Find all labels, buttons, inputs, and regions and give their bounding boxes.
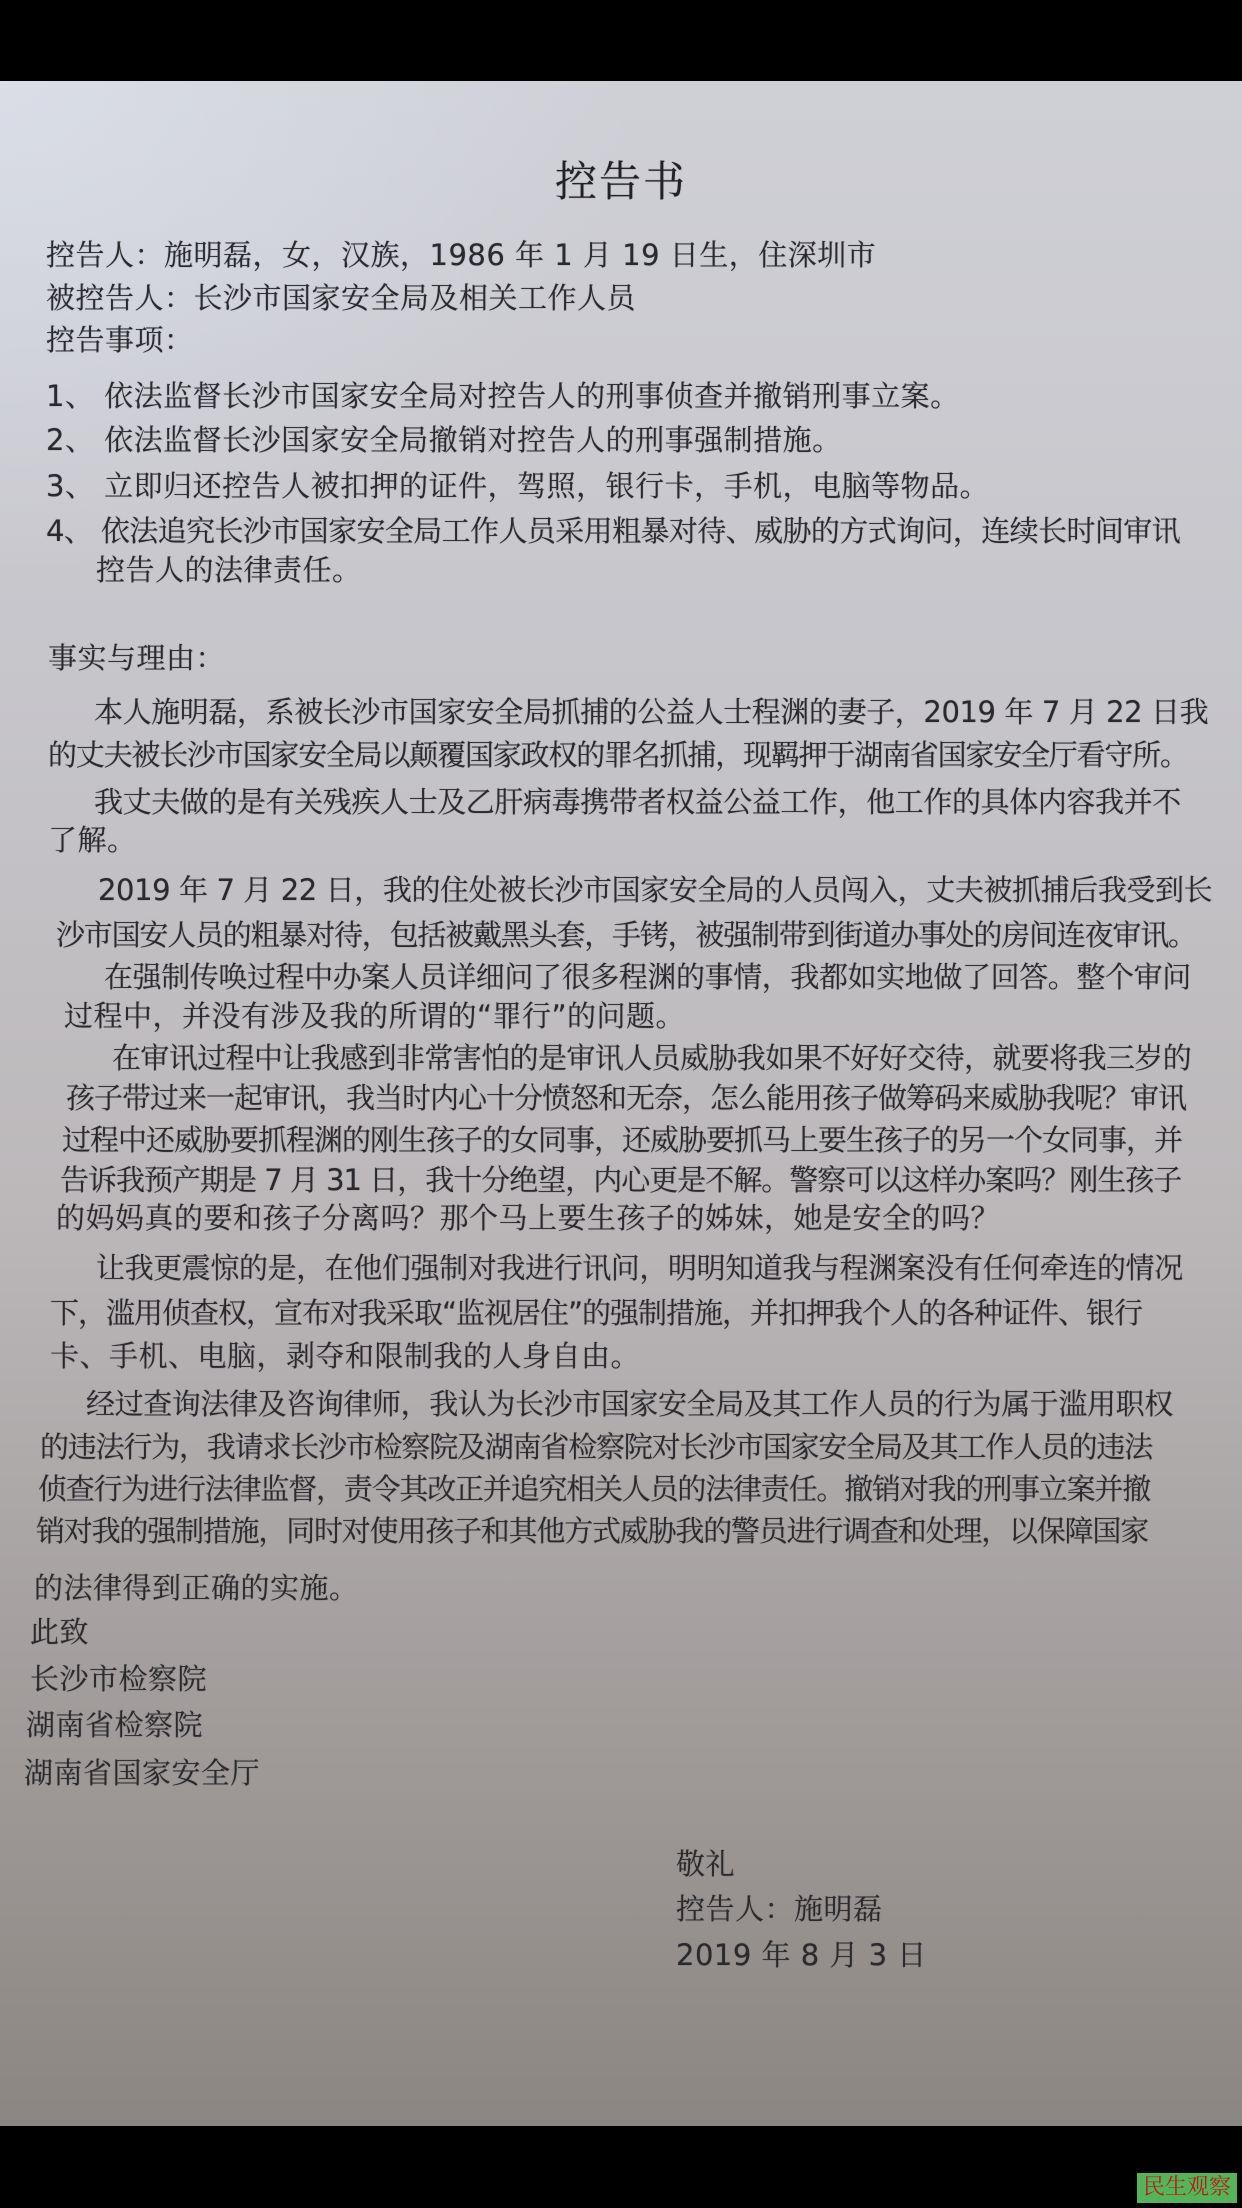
recipient: 湖南省检察院 (26, 1708, 203, 1742)
salutation: 此致 (30, 1615, 89, 1649)
recipient: 长沙市检察院 (30, 1662, 207, 1696)
signature: 控告人：施明磊 (676, 1892, 883, 1926)
facts-label: 事实与理由： (48, 641, 225, 675)
watermark-badge: 民生观察 (1137, 2173, 1237, 2203)
body-line: 的法律得到正确的实施。 (34, 1571, 359, 1605)
body-line: 卡、手机、电脑，剥夺和限制我的人身自由。 (50, 1339, 640, 1373)
respondent-line: 被控告人：长沙市国家安全局及相关工作人员 (46, 281, 636, 315)
body-line: 经过查询法律及咨询律师，我认为长沙市国家安全局及其工作人员的行为属于滥用职权 (86, 1387, 1173, 1421)
matter-item-continuation: 控告人的法律责任。 (96, 553, 362, 587)
matter-item: 4、 依法追究长沙市国家安全局工作人员采用粗暴对待、威胁的方式询问，连续长时间审… (46, 514, 1180, 548)
recipient: 湖南省国家安全厅 (24, 1756, 260, 1790)
body-line: 销对我的强制措施，同时对使用孩子和其他方式威胁我的警员进行调查和处理，以保障国家 (36, 1514, 1148, 1548)
body-line: 我丈夫做的是有关残疾人士及乙肝病毒携带者权益公益工作，他工作的具体内容我并不 (94, 785, 1181, 819)
top-black-bar (0, 0, 1242, 81)
matter-item: 1、 依法监督长沙市国家安全局对控告人的刑事侦查并撤销刑事立案。 (46, 379, 960, 413)
body-line: 在审讯过程中让我感到非常害怕的是审讯人员威胁我如果不好好交待，就要将我三岁的 (112, 1041, 1191, 1075)
complainant-line: 控告人：施明磊，女，汉族，1986 年 1 月 19 日生，住深圳市 (46, 238, 876, 272)
body-line: 侦查行为进行法律监督，责令其改正并追究相关人员的法律责任。撤销对我的刑事立案并撤 (38, 1472, 1150, 1506)
body-line: 告诉我预产期是 7 月 31 日，我十分绝望，内心更是不解。警察可以这样办案吗？… (60, 1163, 1181, 1197)
body-line: 过程中，并没有涉及我的所谓的“罪行”的问题。 (64, 999, 685, 1033)
body-line: 过程中还威胁要抓程渊的刚生孩子的女同事，还威胁要抓马上要生孩子的另一个女同事，并 (62, 1123, 1182, 1157)
bottom-black-bar (0, 2126, 1242, 2208)
body-line: 孩子带过来一起审讯，我当时内心十分愤怒和无奈，怎么能用孩子做筹码来威胁我呢？审讯 (66, 1081, 1186, 1115)
matter-item: 3、 立即归还控告人被扣押的证件，驾照，银行卡，手机，电脑等物品。 (46, 469, 989, 503)
body-line: 的违法行为，我请求长沙市检察院及湖南省检察院对长沙市国家安全局及其工作人员的违法 (40, 1430, 1152, 1464)
body-line: 本人施明磊，系被长沙市国家安全局抓捕的公益人士程渊的妻子，2019 年 7 月 … (94, 695, 1208, 729)
body-line: 的妈妈真的要和孩子分离吗？那个马上要生孩子的姊妹，她是安全的吗？ (56, 1201, 1000, 1235)
body-line: 了解。 (48, 823, 137, 857)
matter-item: 2、 依法监督长沙国家安全局撤销对控告人的刑事强制措施。 (46, 423, 842, 457)
matters-label: 控告事项： (46, 323, 194, 357)
body-line: 2019 年 7 月 22 日，我的住处被长沙市国家安全局的人员闯入，丈夫被抓捕… (98, 873, 1212, 907)
regards: 敬礼 (676, 1847, 735, 1881)
body-line: 让我更震惊的是，在他们强制对我进行讯问，明明知道我与程渊案没有任何牵连的情况 (96, 1251, 1183, 1285)
signature-date: 2019 年 8 月 3 日 (676, 1938, 927, 1972)
body-line: 沙市国安人员的粗暴对待，包括被戴黑头套，手铐，被强制带到街道办事处的房间连夜审讯… (56, 918, 1196, 952)
body-line: 下，滥用侦查权，宣布对我采取“监视居住”的强制措施，并扣押我个人的各种证件、银行 (50, 1296, 1142, 1330)
document-title: 控告书 (0, 157, 1242, 207)
body-line: 在强制传唤过程中办案人员详细问了很多程渊的事情，我都如实地做了回答。整个审问 (104, 960, 1191, 994)
body-line: 的丈夫被长沙市国家安全局以颠覆国家政权的罪名抓捕，现羁押于湖南省国家安全厅看守所… (48, 738, 1188, 772)
